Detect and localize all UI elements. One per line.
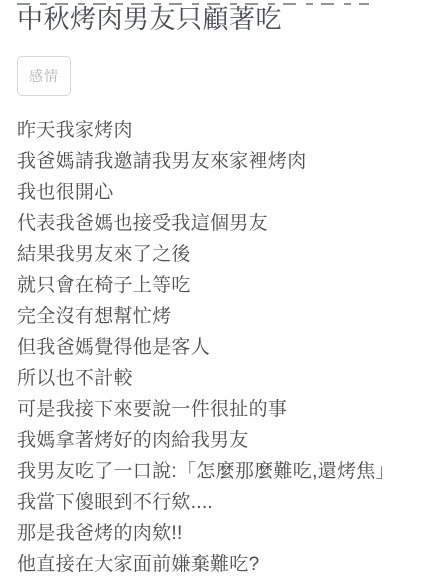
post-body-line: 我男友吃了一口說:「怎麼那麼難吃,還烤焦」 <box>17 456 418 487</box>
post-body-line: 他直接在大家面前嫌棄難吃? <box>17 549 418 580</box>
post-body-line: 但我爸媽覺得他是客人 <box>17 332 418 363</box>
post-body-line: 結果我男友來了之後 <box>17 239 418 270</box>
post-body-line: 昨天我家烤肉 <box>17 115 418 146</box>
post-body-line: 那是我爸烤的肉欸!! <box>17 518 418 549</box>
post-body-line: 我爸媽請我邀請我男友來家裡烤肉 <box>17 146 418 177</box>
post-title: 中秋烤肉男友只顧著吃 <box>17 3 418 35</box>
post-body-line: 我媽拿著烤好的肉給我男友 <box>17 425 418 456</box>
post-body-line: 代表我爸媽也接受我這個男友 <box>17 208 418 239</box>
post-body-line: 完全沒有想幫忙烤 <box>17 301 418 332</box>
topic-tag-chip[interactable]: 感情 <box>17 56 71 96</box>
post-body-line: 可是我接下來要說一件很扯的事 <box>17 394 418 425</box>
post-body-line: 就只會在椅子上等吃 <box>17 270 418 301</box>
clipped-text-top <box>17 3 369 5</box>
post-body-line: 所以也不計較 <box>17 363 418 394</box>
post-body-line: 我也很開心 <box>17 177 418 208</box>
post-page: 中秋烤肉男友只顧著吃 感情 昨天我家烤肉 我爸媽請我邀請我男友來家裡烤肉 我也很… <box>0 3 435 588</box>
post-body: 昨天我家烤肉 我爸媽請我邀請我男友來家裡烤肉 我也很開心 代表我爸媽也接受我這個… <box>17 115 418 580</box>
post-body-line: 我當下傻眼到不行欸.... <box>17 487 418 518</box>
